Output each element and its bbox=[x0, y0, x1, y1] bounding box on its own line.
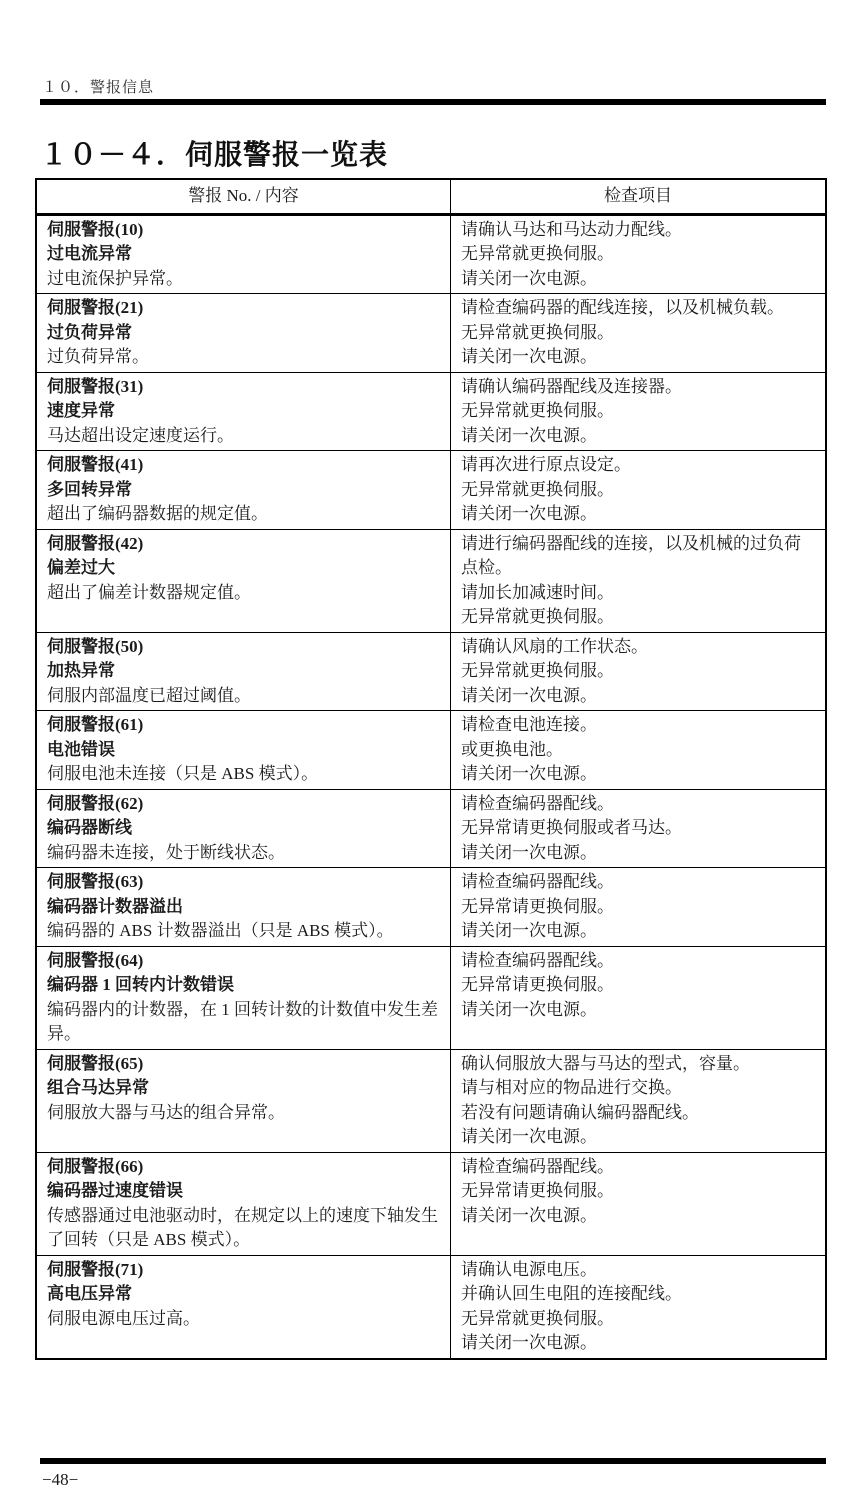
table-row: 伺服警报(10)过电流异常过电流保护异常。请确认马达和马达动力配线。 无异常就更… bbox=[36, 214, 826, 294]
alarm-name: 编码器过速度错误 bbox=[47, 1179, 440, 1204]
alarm-content-cell: 伺服警报(71)高电压异常伺服电源电压过高。 bbox=[36, 1255, 451, 1359]
alarm-name: 过负荷异常 bbox=[47, 321, 440, 346]
column-header-check: 检查项目 bbox=[451, 179, 827, 214]
alarm-content-cell: 伺服警报(31)速度异常马达超出设定速度运行。 bbox=[36, 372, 451, 451]
alarm-number: 伺服警报(21) bbox=[47, 296, 440, 321]
table-row: 伺服警报(65)组合马达异常伺服放大器与马达的组合异常。确认伺服放大器与马达的型… bbox=[36, 1049, 826, 1152]
alarm-description: 过负荷异常。 bbox=[47, 345, 440, 370]
alarm-number: 伺服警报(61) bbox=[47, 713, 440, 738]
alarm-name: 电池错误 bbox=[47, 738, 440, 763]
table-row: 伺服警报(41)多回转异常超出了编码器数据的规定值。请再次进行原点设定。 无异常… bbox=[36, 451, 826, 530]
alarm-description: 传感器通过电池驱动时，在规定以上的速度下轴发生了回转（只是 ABS 模式）。 bbox=[47, 1204, 440, 1253]
chapter-label: １０．警报信息 bbox=[42, 80, 154, 96]
alarm-content-cell: 伺服警报(63)编码器计数器溢出编码器的 ABS 计数器溢出（只是 ABS 模式… bbox=[36, 868, 451, 947]
table-row: 伺服警报(64)编码器 1 回转内计数错误编码器内的计数器，在 1 回转计数的计… bbox=[36, 946, 826, 1049]
footer-rule bbox=[40, 1458, 826, 1464]
alarm-description: 编码器的 ABS 计数器溢出（只是 ABS 模式）。 bbox=[47, 919, 440, 944]
alarm-number: 伺服警报(63) bbox=[47, 870, 440, 895]
table-body: 伺服警报(10)过电流异常过电流保护异常。请确认马达和马达动力配线。 无异常就更… bbox=[36, 214, 826, 1359]
check-items-cell: 请检查编码器配线。 无异常请更换伺服。 请关闭一次电源。 bbox=[451, 1152, 827, 1255]
alarm-content-cell: 伺服警报(61)电池错误伺服电池未连接（只是 ABS 模式）。 bbox=[36, 711, 451, 790]
check-items-cell: 请检查电池连接。 或更换电池。 请关闭一次电源。 bbox=[451, 711, 827, 790]
alarm-number: 伺服警报(41) bbox=[47, 453, 440, 478]
check-items-cell: 确认伺服放大器与马达的型式，容量。 请与相对应的物品进行交换。 若没有问题请确认… bbox=[451, 1049, 827, 1152]
alarm-description: 马达超出设定速度运行。 bbox=[47, 424, 440, 449]
table-row: 伺服警报(63)编码器计数器溢出编码器的 ABS 计数器溢出（只是 ABS 模式… bbox=[36, 868, 826, 947]
alarm-content-cell: 伺服警报(21)过负荷异常过负荷异常。 bbox=[36, 294, 451, 373]
table-row: 伺服警报(71)高电压异常伺服电源电压过高。请确认电源电压。 并确认回生电阻的连… bbox=[36, 1255, 826, 1359]
section-title: １０－４．伺服警报一览表 bbox=[40, 133, 388, 173]
alarm-description: 伺服内部温度已超过阈值。 bbox=[47, 684, 440, 709]
alarm-description: 超出了偏差计数器规定值。 bbox=[47, 581, 440, 606]
alarm-content-cell: 伺服警报(50)加热异常伺服内部温度已超过阈值。 bbox=[36, 632, 451, 711]
alarm-name: 加热异常 bbox=[47, 659, 440, 684]
document-page: １０．警报信息 １０－４．伺服警报一览表 警报 No. / 内容 检查项目 伺服… bbox=[0, 0, 862, 1503]
alarm-content-cell: 伺服警报(41)多回转异常超出了编码器数据的规定值。 bbox=[36, 451, 451, 530]
alarm-content-cell: 伺服警报(65)组合马达异常伺服放大器与马达的组合异常。 bbox=[36, 1049, 451, 1152]
alarm-number: 伺服警报(42) bbox=[47, 532, 440, 557]
alarm-name: 编码器断线 bbox=[47, 816, 440, 841]
alarm-content-cell: 伺服警报(62)编码器断线编码器未连接，处于断线状态。 bbox=[36, 789, 451, 868]
alarm-number: 伺服警报(62) bbox=[47, 792, 440, 817]
alarm-description: 过电流保护异常。 bbox=[47, 267, 440, 292]
alarm-name: 组合马达异常 bbox=[47, 1076, 440, 1101]
alarm-content-cell: 伺服警报(42)偏差过大超出了偏差计数器规定值。 bbox=[36, 529, 451, 632]
alarm-number: 伺服警报(71) bbox=[47, 1258, 440, 1283]
alarm-name: 速度异常 bbox=[47, 399, 440, 424]
table-row: 伺服警报(21)过负荷异常过负荷异常。请检查编码器的配线连接，以及机械负载。 无… bbox=[36, 294, 826, 373]
alarm-name: 偏差过大 bbox=[47, 556, 440, 581]
alarm-content-cell: 伺服警报(64)编码器 1 回转内计数错误编码器内的计数器，在 1 回转计数的计… bbox=[36, 946, 451, 1049]
table-row: 伺服警报(62)编码器断线编码器未连接，处于断线状态。请检查编码器配线。 无异常… bbox=[36, 789, 826, 868]
alarm-name: 编码器 1 回转内计数错误 bbox=[47, 973, 440, 998]
check-items-cell: 请检查编码器的配线连接，以及机械负载。 无异常就更换伺服。 请关闭一次电源。 bbox=[451, 294, 827, 373]
header-rule bbox=[40, 99, 826, 105]
table-row: 伺服警报(42)偏差过大超出了偏差计数器规定值。请进行编码器配线的连接，以及机械… bbox=[36, 529, 826, 632]
check-items-cell: 请确认风扇的工作状态。 无异常就更换伺服。 请关闭一次电源。 bbox=[451, 632, 827, 711]
alarm-description: 伺服电池未连接（只是 ABS 模式）。 bbox=[47, 762, 440, 787]
column-header-alarm: 警报 No. / 内容 bbox=[36, 179, 451, 214]
check-items-cell: 请再次进行原点设定。 无异常就更换伺服。 请关闭一次电源。 bbox=[451, 451, 827, 530]
alarm-name: 过电流异常 bbox=[47, 242, 440, 267]
alarm-number: 伺服警报(50) bbox=[47, 635, 440, 660]
alarm-description: 超出了编码器数据的规定值。 bbox=[47, 502, 440, 527]
alarm-description: 伺服电源电压过高。 bbox=[47, 1307, 440, 1332]
table-header-row: 警报 No. / 内容 检查项目 bbox=[36, 179, 826, 214]
page-number: −48− bbox=[42, 1470, 78, 1490]
table-row: 伺服警报(31)速度异常马达超出设定速度运行。请确认编码器配线及连接器。 无异常… bbox=[36, 372, 826, 451]
alarm-description: 编码器未连接，处于断线状态。 bbox=[47, 841, 440, 866]
alarm-name: 编码器计数器溢出 bbox=[47, 895, 440, 920]
check-items-cell: 请确认马达和马达动力配线。 无异常就更换伺服。 请关闭一次电源。 bbox=[451, 214, 827, 294]
alarm-number: 伺服警报(31) bbox=[47, 375, 440, 400]
check-items-cell: 请检查编码器配线。 无异常请更换伺服。 请关闭一次电源。 bbox=[451, 946, 827, 1049]
running-header: １０．警报信息 bbox=[42, 76, 154, 97]
check-items-cell: 请确认编码器配线及连接器。 无异常就更换伺服。 请关闭一次电源。 bbox=[451, 372, 827, 451]
check-items-cell: 请确认电源电压。 并确认回生电阻的连接配线。 无异常就更换伺服。 请关闭一次电源… bbox=[451, 1255, 827, 1359]
alarm-number: 伺服警报(65) bbox=[47, 1052, 440, 1077]
table-row: 伺服警报(66)编码器过速度错误传感器通过电池驱动时，在规定以上的速度下轴发生了… bbox=[36, 1152, 826, 1255]
check-items-cell: 请检查编码器配线。 无异常请更换伺服。 请关闭一次电源。 bbox=[451, 868, 827, 947]
alarm-number: 伺服警报(10) bbox=[47, 218, 440, 243]
alarm-name: 高电压异常 bbox=[47, 1282, 440, 1307]
table-row: 伺服警报(50)加热异常伺服内部温度已超过阈值。请确认风扇的工作状态。 无异常就… bbox=[36, 632, 826, 711]
alarm-content-cell: 伺服警报(10)过电流异常过电流保护异常。 bbox=[36, 214, 451, 294]
servo-alarm-table: 警报 No. / 内容 检查项目 伺服警报(10)过电流异常过电流保护异常。请确… bbox=[35, 178, 827, 1360]
alarm-number: 伺服警报(64) bbox=[47, 949, 440, 974]
table-row: 伺服警报(61)电池错误伺服电池未连接（只是 ABS 模式）。请检查电池连接。 … bbox=[36, 711, 826, 790]
check-items-cell: 请进行编码器配线的连接，以及机械的过负荷点检。 请加长加减速时间。 无异常就更换… bbox=[451, 529, 827, 632]
alarm-number: 伺服警报(66) bbox=[47, 1155, 440, 1180]
alarm-description: 伺服放大器与马达的组合异常。 bbox=[47, 1101, 440, 1126]
alarm-description: 编码器内的计数器，在 1 回转计数的计数值中发生差异。 bbox=[47, 998, 440, 1047]
check-items-cell: 请检查编码器配线。 无异常请更换伺服或者马达。 请关闭一次电源。 bbox=[451, 789, 827, 868]
alarm-content-cell: 伺服警报(66)编码器过速度错误传感器通过电池驱动时，在规定以上的速度下轴发生了… bbox=[36, 1152, 451, 1255]
alarm-name: 多回转异常 bbox=[47, 478, 440, 503]
